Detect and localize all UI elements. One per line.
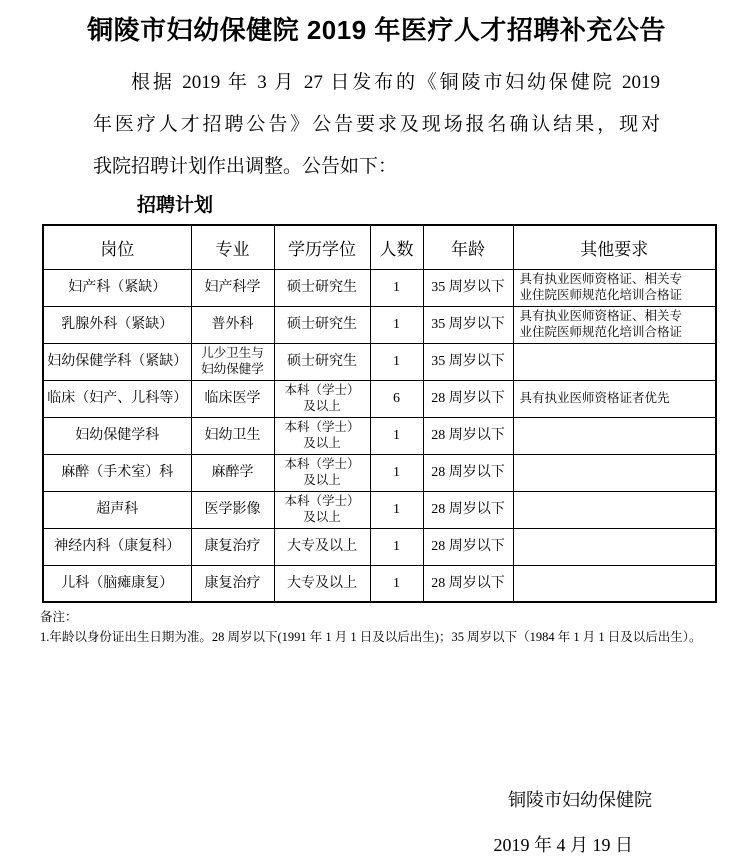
- table-row: 妇产科（紧缺）妇产科学硕士研究生135 周岁以下具有执业医师资格证、相关专 业住…: [43, 269, 716, 306]
- table-cell: [513, 454, 716, 491]
- table-cell: 本科（学士） 及以上: [274, 380, 370, 417]
- table-cell: [513, 491, 716, 528]
- table-row: 麻醉（手术室）科麻醉学本科（学士） 及以上128 周岁以下: [43, 454, 716, 491]
- table-cell: 普外科: [191, 306, 274, 343]
- column-header: 年龄: [423, 225, 513, 269]
- table-cell: 康复治疗: [191, 528, 274, 565]
- announcement-page: 铜陵市妇幼保健院 2019 年医疗人才招聘补充公告 根据 2019 年 3 月 …: [0, 0, 753, 862]
- page-title: 铜陵市妇幼保健院 2019 年医疗人才招聘补充公告: [0, 0, 753, 47]
- table-cell: 35 周岁以下: [423, 343, 513, 380]
- table-body: 妇产科（紧缺）妇产科学硕士研究生135 周岁以下具有执业医师资格证、相关专 业住…: [43, 269, 716, 602]
- table-cell: [513, 528, 716, 565]
- table-cell: 28 周岁以下: [423, 565, 513, 602]
- table-cell: 妇产科（紧缺）: [43, 269, 191, 306]
- notes-label: 备注：: [40, 607, 752, 627]
- table-cell: 本科（学士） 及以上: [274, 454, 370, 491]
- table-cell: 医学影像: [191, 491, 274, 528]
- table-cell: 35 周岁以下: [423, 306, 513, 343]
- table-cell: 1: [370, 528, 423, 565]
- table-cell: [513, 417, 716, 454]
- table-cell: 乳腺外科（紧缺）: [43, 306, 191, 343]
- notes-section: 备注： 1.年龄以身份证出生日期为准。28 周岁以下(1991 年 1 月 1 …: [40, 607, 752, 647]
- table-cell: 35 周岁以下: [423, 269, 513, 306]
- intro-line-3: 我院招聘计划作出调整。公告如下：: [93, 146, 660, 188]
- intro-line-2: 年医疗人才招聘公告》公告要求及现场报名确认结果，现对: [93, 104, 660, 146]
- table-cell: 硕士研究生: [274, 343, 370, 380]
- table-cell: 超声科: [43, 491, 191, 528]
- table-cell: 硕士研究生: [274, 306, 370, 343]
- table-cell: 临床医学: [191, 380, 274, 417]
- column-header: 学历学位: [274, 225, 370, 269]
- table-cell: 大专及以上: [274, 528, 370, 565]
- table-cell: 妇产科学: [191, 269, 274, 306]
- table-cell: 儿科（脑瘫康复）: [43, 565, 191, 602]
- table-row: 神经内科（康复科）康复治疗大专及以上128 周岁以下: [43, 528, 716, 565]
- table-cell: 1: [370, 565, 423, 602]
- table-cell: 具有执业医师资格证、相关专 业住院医师规范化培训合格证: [513, 306, 716, 343]
- table-cell: 麻醉（手术室）科: [43, 454, 191, 491]
- table-cell: 1: [370, 454, 423, 491]
- table-row: 妇幼保健学科妇幼卫生本科（学士） 及以上128 周岁以下: [43, 417, 716, 454]
- section-heading-recruitment-plan: 招聘计划: [137, 194, 753, 218]
- table-cell: 麻醉学: [191, 454, 274, 491]
- table-cell: 硕士研究生: [274, 269, 370, 306]
- table-cell: 28 周岁以下: [423, 380, 513, 417]
- table-cell: 妇幼保健学科（紧缺）: [43, 343, 191, 380]
- table-cell: [513, 565, 716, 602]
- column-header: 人数: [370, 225, 423, 269]
- table-cell: 1: [370, 269, 423, 306]
- table-cell: 本科（学士） 及以上: [274, 417, 370, 454]
- signature-date: 2019 年 4 月 19 日: [494, 831, 634, 857]
- recruitment-table: 岗位专业学历学位人数年龄其他要求 妇产科（紧缺）妇产科学硕士研究生135 周岁以…: [42, 224, 717, 603]
- table-row: 妇幼保健学科（紧缺）儿少卫生与 妇幼保健学硕士研究生135 周岁以下: [43, 343, 716, 380]
- table-cell: 具有执业医师资格证、相关专 业住院医师规范化培训合格证: [513, 269, 716, 306]
- intro-paragraph: 根据 2019 年 3 月 27 日发布的《铜陵市妇幼保健院 2019 年医疗人…: [93, 62, 660, 188]
- table-cell: 1: [370, 491, 423, 528]
- intro-line-1: 根据 2019 年 3 月 27 日发布的《铜陵市妇幼保健院 2019: [93, 62, 660, 104]
- table-cell: 28 周岁以下: [423, 454, 513, 491]
- table-cell: 妇幼卫生: [191, 417, 274, 454]
- table-row: 儿科（脑瘫康复）康复治疗大专及以上128 周岁以下: [43, 565, 716, 602]
- column-header: 其他要求: [513, 225, 716, 269]
- column-header: 专业: [191, 225, 274, 269]
- table-cell: 28 周岁以下: [423, 528, 513, 565]
- table-head: 岗位专业学历学位人数年龄其他要求: [43, 225, 716, 269]
- table-row: 超声科医学影像本科（学士） 及以上128 周岁以下: [43, 491, 716, 528]
- notes-item-1: 1.年龄以身份证出生日期为准。28 周岁以下(1991 年 1 月 1 日及以后…: [40, 627, 752, 647]
- table-cell: 临床（妇产、儿科等）: [43, 380, 191, 417]
- table-cell: 1: [370, 417, 423, 454]
- table-cell: 6: [370, 380, 423, 417]
- table-cell: 1: [370, 306, 423, 343]
- table-cell: 大专及以上: [274, 565, 370, 602]
- table-cell: 妇幼保健学科: [43, 417, 191, 454]
- column-header: 岗位: [43, 225, 191, 269]
- table-row: 乳腺外科（紧缺）普外科硕士研究生135 周岁以下具有执业医师资格证、相关专 业住…: [43, 306, 716, 343]
- table-cell: 康复治疗: [191, 565, 274, 602]
- table-cell: 具有执业医师资格证者优先: [513, 380, 716, 417]
- table-cell: 28 周岁以下: [423, 417, 513, 454]
- table-header-row: 岗位专业学历学位人数年龄其他要求: [43, 225, 716, 269]
- table-cell: 本科（学士） 及以上: [274, 491, 370, 528]
- table-cell: 28 周岁以下: [423, 491, 513, 528]
- signature-hospital-name: 铜陵市妇幼保健院: [508, 786, 652, 812]
- table-cell: 儿少卫生与 妇幼保健学: [191, 343, 274, 380]
- table-cell: 1: [370, 343, 423, 380]
- table-cell: 神经内科（康复科）: [43, 528, 191, 565]
- table-row: 临床（妇产、儿科等）临床医学本科（学士） 及以上628 周岁以下具有执业医师资格…: [43, 380, 716, 417]
- table-cell: [513, 343, 716, 380]
